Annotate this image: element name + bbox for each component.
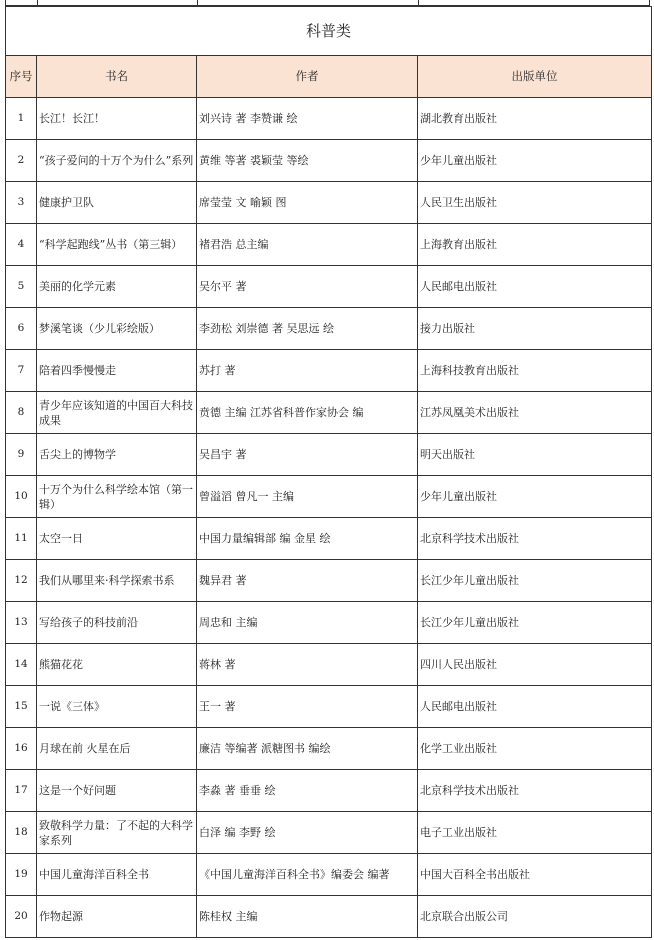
- book-publisher: 少年儿童出版社: [418, 476, 652, 518]
- section-title-row: 科普类: [6, 7, 652, 56]
- table-row: 20作物起源陈桂权 主编北京联合出版公司: [6, 896, 652, 938]
- book-title: 健康护卫队: [37, 182, 197, 224]
- row-index: 20: [6, 896, 37, 938]
- book-title: 写给孩子的科技前沿: [37, 602, 197, 644]
- book-author: 中国力量编辑部 编 金星 绘: [197, 518, 418, 560]
- table-row: 12我们从哪里来·科学探索书系魏异君 著长江少年儿童出版社: [6, 560, 652, 602]
- book-publisher: 上海科技教育出版社: [418, 350, 652, 392]
- book-publisher: 湖北教育出版社: [418, 98, 652, 140]
- book-publisher: 北京科学技术出版社: [418, 770, 652, 812]
- row-index: 10: [6, 476, 37, 518]
- book-title: “科学起跑线”丛书（第三辑）: [37, 224, 197, 266]
- row-index: 15: [6, 686, 37, 728]
- row-index: 6: [6, 308, 37, 350]
- book-author: 苏打 著: [197, 350, 418, 392]
- book-publisher: 长江少年儿童出版社: [418, 560, 652, 602]
- book-title: 致敬科学力量：了不起的大科学家系列: [37, 812, 197, 854]
- table-row: 9舌尖上的博物学吴昌宇 著明天出版社: [6, 434, 652, 476]
- book-title: 太空一日: [37, 518, 197, 560]
- row-index: 17: [6, 770, 37, 812]
- table-row: 15一说《三体》王一 著人民邮电出版社: [6, 686, 652, 728]
- book-publisher: 江苏凤凰美术出版社: [418, 392, 652, 434]
- book-title: 陪着四季慢慢走: [37, 350, 197, 392]
- book-publisher: 明天出版社: [418, 434, 652, 476]
- book-title: 梦溪笔谈（少儿彩绘版）: [37, 308, 197, 350]
- table-row: 14熊猫花花蒋林 著四川人民出版社: [6, 644, 652, 686]
- row-index: 8: [6, 392, 37, 434]
- header-publisher: 出版单位: [418, 56, 652, 98]
- book-publisher: 长江少年儿童出版社: [418, 602, 652, 644]
- section-title: 科普类: [6, 7, 652, 56]
- book-author: 黄维 等著 裘颖莹 等绘: [197, 140, 418, 182]
- book-publisher: 北京科学技术出版社: [418, 518, 652, 560]
- row-index: 1: [6, 98, 37, 140]
- row-index: 18: [6, 812, 37, 854]
- header-row: 序号 书名 作者 出版单位: [6, 56, 652, 98]
- row-index: 19: [6, 854, 37, 896]
- table-row: 4“科学起跑线”丛书（第三辑）褚君浩 总主编上海教育出版社: [6, 224, 652, 266]
- book-title: 中国儿童海洋百科全书: [37, 854, 197, 896]
- table-row: 8青少年应该知道的中国百大科技成果贲德 主编 江苏省科普作家协会 编江苏凤凰美术…: [6, 392, 652, 434]
- book-title: 一说《三体》: [37, 686, 197, 728]
- row-index: 11: [6, 518, 37, 560]
- table-row: 7陪着四季慢慢走苏打 著上海科技教育出版社: [6, 350, 652, 392]
- book-title: 美丽的化学元素: [37, 266, 197, 308]
- book-publisher: 北京联合出版公司: [418, 896, 652, 938]
- row-index: 2: [6, 140, 37, 182]
- row-index: 9: [6, 434, 37, 476]
- table-row: 19中国儿童海洋百科全书《中国儿童海洋百科全书》编委会 编著中国大百科全书出版社: [6, 854, 652, 896]
- table-row: 17这是一个好问题李淼 著 垂垂 绘北京科学技术出版社: [6, 770, 652, 812]
- book-title: 作物起源: [37, 896, 197, 938]
- book-author: 白泽 编 李野 绘: [197, 812, 418, 854]
- book-publisher: 接力出版社: [418, 308, 652, 350]
- book-publisher: 人民邮电出版社: [418, 266, 652, 308]
- book-author: 魏异君 著: [197, 560, 418, 602]
- table-row: 18致敬科学力量：了不起的大科学家系列白泽 编 李野 绘电子工业出版社: [6, 812, 652, 854]
- book-publisher: 人民邮电出版社: [418, 686, 652, 728]
- book-author: 周忠和 主编: [197, 602, 418, 644]
- book-title: 这是一个好问题: [37, 770, 197, 812]
- table-row: 1长江！长江！刘兴诗 著 李赞谦 绘湖北教育出版社: [6, 98, 652, 140]
- book-title: 熊猫花花: [37, 644, 197, 686]
- book-author: 曾溢滔 曾凡一 主编: [197, 476, 418, 518]
- book-author: 李劲松 刘崇德 著 吴思远 绘: [197, 308, 418, 350]
- book-publisher: 电子工业出版社: [418, 812, 652, 854]
- table-row: 11太空一日中国力量编辑部 编 金星 绘北京科学技术出版社: [6, 518, 652, 560]
- book-author: 李淼 著 垂垂 绘: [197, 770, 418, 812]
- book-author: 廉洁 等编著 派糖图书 编绘: [197, 728, 418, 770]
- book-author: 吴昌宇 著: [197, 434, 418, 476]
- book-publisher: 少年儿童出版社: [418, 140, 652, 182]
- header-title: 书名: [37, 56, 197, 98]
- book-author: 刘兴诗 著 李赞谦 绘: [197, 98, 418, 140]
- row-index: 13: [6, 602, 37, 644]
- table-row: 6梦溪笔谈（少儿彩绘版）李劲松 刘崇德 著 吴思远 绘接力出版社: [6, 308, 652, 350]
- book-author: 吴尔平 著: [197, 266, 418, 308]
- book-author: 王一 著: [197, 686, 418, 728]
- row-index: 7: [6, 350, 37, 392]
- book-author: 陈桂权 主编: [197, 896, 418, 938]
- row-index: 14: [6, 644, 37, 686]
- book-title: 月球在前 火星在后: [37, 728, 197, 770]
- table-row: 3健康护卫队席莹莹 文 喻颖 图人民卫生出版社: [6, 182, 652, 224]
- book-author: 贲德 主编 江苏省科普作家协会 编: [197, 392, 418, 434]
- table-row: 2“孩子爱问的十万个为什么”系列黄维 等著 裘颖莹 等绘少年儿童出版社: [6, 140, 652, 182]
- row-index: 12: [6, 560, 37, 602]
- book-publisher: 中国大百科全书出版社: [418, 854, 652, 896]
- book-publisher: 四川人民出版社: [418, 644, 652, 686]
- table-row: 10十万个为什么科学绘本馆（第一辑）曾溢滔 曾凡一 主编少年儿童出版社: [6, 476, 652, 518]
- book-author: 蒋林 著: [197, 644, 418, 686]
- book-publisher: 人民卫生出版社: [418, 182, 652, 224]
- table-row: 13写给孩子的科技前沿周忠和 主编长江少年儿童出版社: [6, 602, 652, 644]
- row-index: 16: [6, 728, 37, 770]
- table-row: 16月球在前 火星在后廉洁 等编著 派糖图书 编绘化学工业出版社: [6, 728, 652, 770]
- book-title: 十万个为什么科学绘本馆（第一辑）: [37, 476, 197, 518]
- book-author: 席莹莹 文 喻颖 图: [197, 182, 418, 224]
- book-title: 长江！长江！: [37, 98, 197, 140]
- book-title: “孩子爱问的十万个为什么”系列: [37, 140, 197, 182]
- header-author: 作者: [197, 56, 418, 98]
- row-index: 5: [6, 266, 37, 308]
- book-title: 舌尖上的博物学: [37, 434, 197, 476]
- book-publisher: 上海教育出版社: [418, 224, 652, 266]
- header-index: 序号: [6, 56, 37, 98]
- row-index: 3: [6, 182, 37, 224]
- book-title: 我们从哪里来·科学探索书系: [37, 560, 197, 602]
- table-row: 5美丽的化学元素吴尔平 著人民邮电出版社: [6, 266, 652, 308]
- book-title: 青少年应该知道的中国百大科技成果: [37, 392, 197, 434]
- book-author: 褚君浩 总主编: [197, 224, 418, 266]
- book-author: 《中国儿童海洋百科全书》编委会 编著: [197, 854, 418, 896]
- book-list-table: 科普类 序号 书名 作者 出版单位 1长江！长江！刘兴诗 著 李赞谦 绘湖北教育…: [5, 6, 652, 938]
- row-index: 4: [6, 224, 37, 266]
- book-publisher: 化学工业出版社: [418, 728, 652, 770]
